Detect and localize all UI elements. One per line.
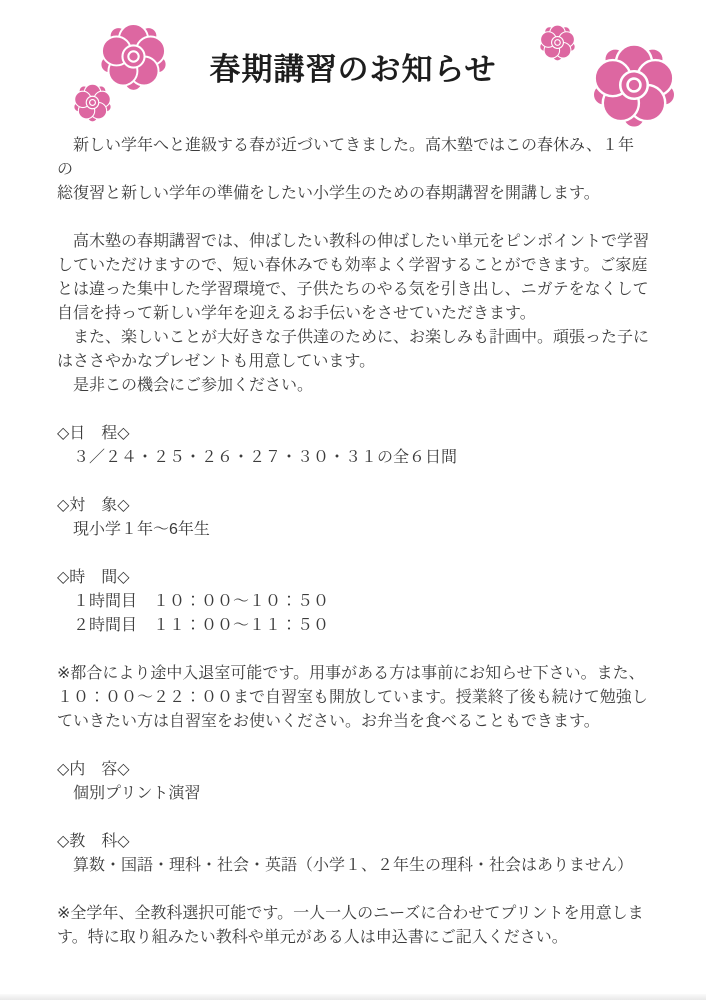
page-bottom-edge [0, 994, 706, 1000]
section-time-heading: ◇時 間◇ [57, 566, 649, 590]
note-subject-selection: ※全学年、全教科選択可能です。一人一人のニーズに合わせてプリントを用意しま す。… [57, 902, 649, 950]
section-content-heading: ◇内 容◇ [57, 758, 649, 782]
section-schedule: ◇日 程◇ ３／２４・２５・２６・２７・３０・３１の全６日間 [57, 422, 649, 470]
page-title: 春期講習のお知らせ [57, 50, 649, 90]
document-body: 春期講習のお知らせ 新しい学年へと進級する春が近づいてきました。高木塾ではこの春… [57, 0, 649, 974]
section-schedule-heading: ◇日 程◇ [57, 422, 649, 446]
section-time-body: １時間目 １０：００～１０：５０ ２時間目 １１：００～１１：５０ [57, 590, 649, 638]
section-schedule-body: ３／２４・２５・２６・２７・３０・３１の全６日間 [57, 446, 649, 470]
section-subjects: ◇教 科◇ 算数・国語・理科・社会・英語（小学１、２年生の理科・社会はありません… [57, 830, 649, 878]
intro-paragraph-2: 高木塾の春期講習では、伸ばしたい教科の伸ばしたい単元をピンポイントで学習 してい… [57, 230, 649, 398]
section-target-heading: ◇対 象◇ [57, 494, 649, 518]
section-subjects-heading: ◇教 科◇ [57, 830, 649, 854]
section-target: ◇対 象◇ 現小学１年～6年生 [57, 494, 649, 542]
section-target-body: 現小学１年～6年生 [57, 518, 649, 542]
section-subjects-body: 算数・国語・理科・社会・英語（小学１、２年生の理科・社会はありません） [57, 854, 649, 878]
section-content-body: 個別プリント演習 [57, 782, 649, 806]
section-content: ◇内 容◇ 個別プリント演習 [57, 758, 649, 806]
section-time: ◇時 間◇ １時間目 １０：００～１０：５０ ２時間目 １１：００～１１：５０ [57, 566, 649, 638]
notice-page: 春期講習のお知らせ 新しい学年へと進級する春が近づいてきました。高木塾ではこの春… [0, 0, 706, 1000]
note-entry-exit: ※都合により途中入退室可能です。用事がある方は事前にお知らせ下さい。また、 １０… [57, 662, 649, 734]
intro-paragraph-1: 新しい学年へと進級する春が近づいてきました。高木塾ではこの春休み、１年の 総復習… [57, 134, 649, 206]
